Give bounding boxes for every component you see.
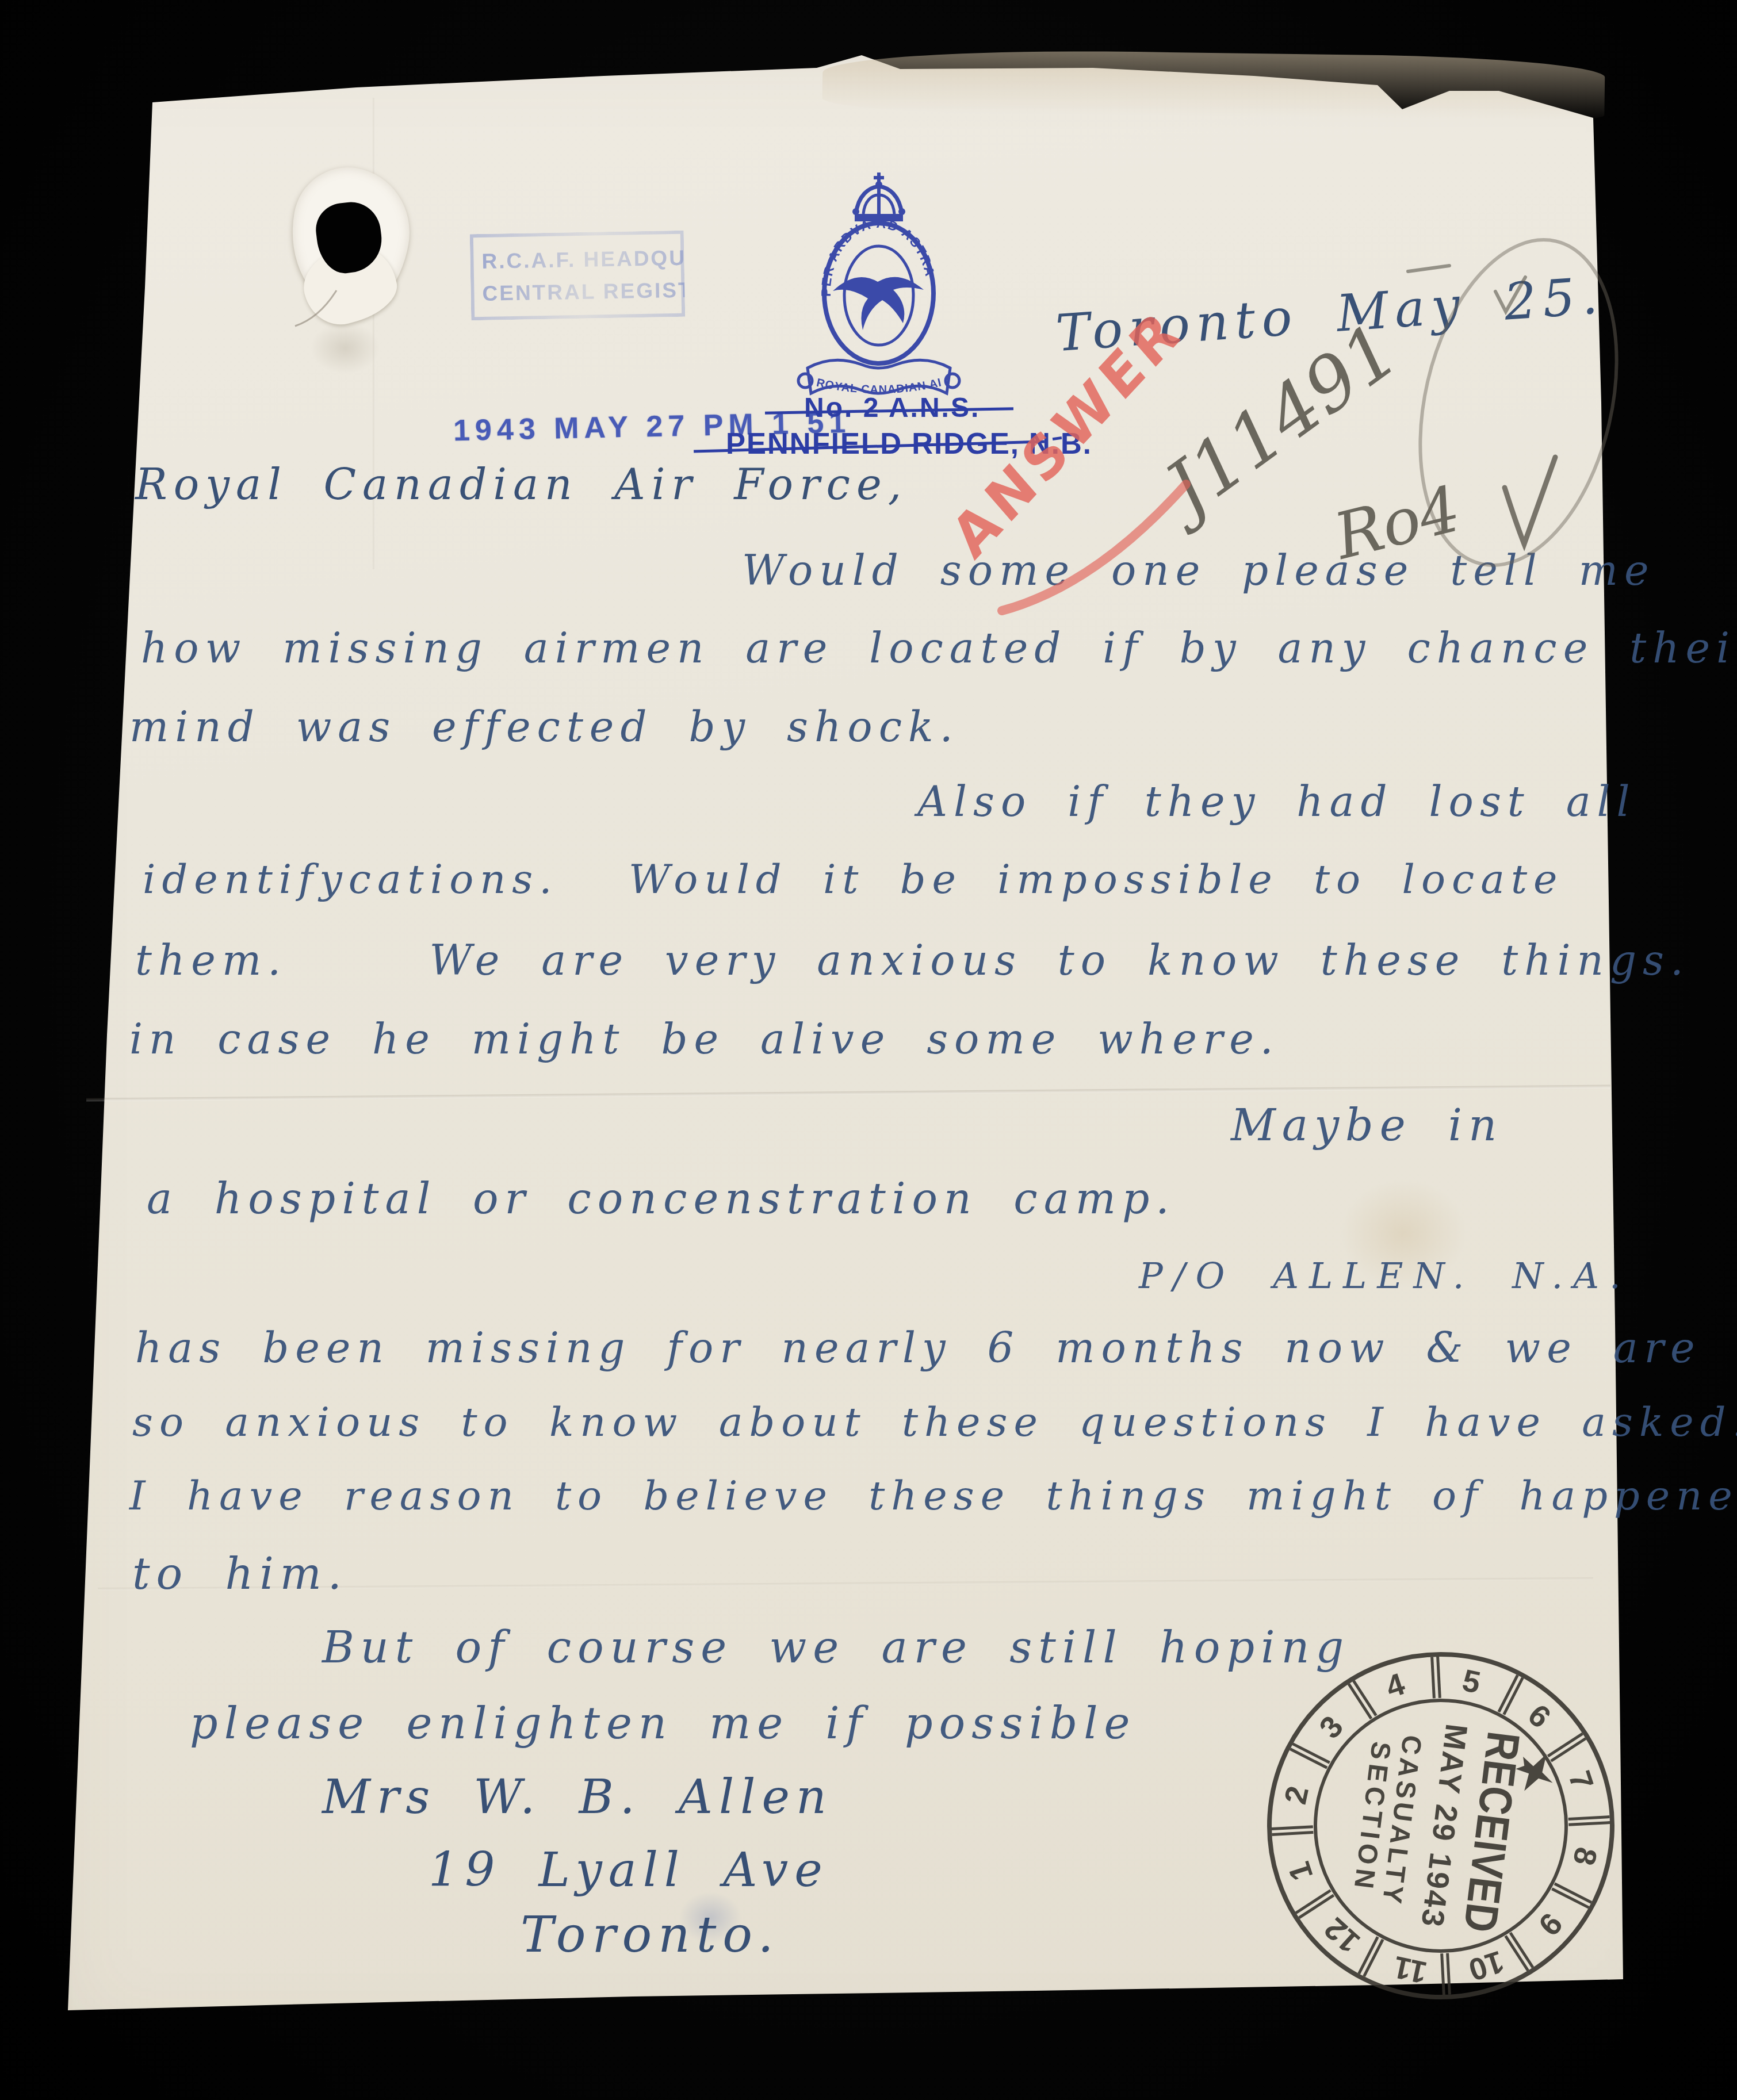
svg-text:10: 10 <box>1464 1944 1508 1988</box>
svg-text:6: 6 <box>1521 1697 1557 1735</box>
torn-top-edge <box>822 48 1605 122</box>
letter-salutation: Royal Canadian Air Force, <box>135 460 908 509</box>
letter-line-po-allen: P/O ALLEN. N.A. <box>1139 1255 1631 1297</box>
svg-text:3: 3 <box>1313 1709 1350 1745</box>
paper-smudge <box>311 322 380 374</box>
svg-text:8: 8 <box>1566 1844 1604 1868</box>
svg-text:4: 4 <box>1382 1666 1409 1704</box>
svg-text:7: 7 <box>1562 1766 1600 1794</box>
letter-line: mind was effected by shock. <box>129 703 959 751</box>
letter-line: But of course we are still hoping <box>322 1622 1350 1673</box>
signature-name: Mrs W. B. Allen <box>322 1770 833 1825</box>
rcaf-crest: PER ARDVA AD ASTRA ROYAL CANADIAN AIR FO… <box>775 166 982 403</box>
letter-line: Would some one please tell me <box>742 546 1655 595</box>
svg-text:2: 2 <box>1278 1783 1315 1807</box>
registry-stamp-line1: R.C.A.F. HEADQUARTERS <box>481 242 675 277</box>
registry-stamp-line2: CENTRAL REGISTRY <box>482 274 676 309</box>
crown-icon <box>852 173 905 221</box>
svg-text:5: 5 <box>1459 1663 1483 1700</box>
svg-text:1: 1 <box>1281 1858 1319 1885</box>
letter-line: Maybe in <box>1231 1099 1503 1151</box>
rcaf-registry-stamp: R.C.A.F. HEADQUARTERS CENTRAL REGISTRY <box>470 231 686 320</box>
svg-text:11: 11 <box>1391 1949 1430 1990</box>
letter-line: I have reason to believe these things mi… <box>129 1472 1737 1519</box>
letter-line: them. We are very anxious to know these … <box>135 936 1690 984</box>
svg-text:9: 9 <box>1532 1906 1569 1942</box>
eagle-icon <box>833 277 924 330</box>
signature-street: 19 Lyall Ave <box>428 1843 829 1898</box>
letter-line: how missing airmen are located if by any… <box>141 624 1737 672</box>
letter-line: to him. <box>132 1548 348 1599</box>
letter-line: has been missing for nearly 6 months now… <box>135 1324 1701 1372</box>
letter-line: please enlighten me if possible <box>190 1697 1137 1749</box>
letter-line: identifycations. Would it be impossible … <box>143 856 1564 903</box>
photo-of-letter: R.C.A.F. HEADQUARTERS CENTRAL REGISTRY 1… <box>0 0 1737 2100</box>
letter-line: in case he might be alive some where. <box>129 1015 1280 1063</box>
letter-line: Also if they had lost all <box>917 777 1636 826</box>
signature-city: Toronto. <box>521 1906 780 1964</box>
letter-line: so anxious to know about these questions… <box>132 1398 1737 1446</box>
casualty-received-stamp: 1 2 3 4 5 6 7 8 9 10 11 12 RECEIVED MAY … <box>1257 1642 1625 2010</box>
letter-line: a hospital or concenstration camp. <box>147 1174 1176 1224</box>
